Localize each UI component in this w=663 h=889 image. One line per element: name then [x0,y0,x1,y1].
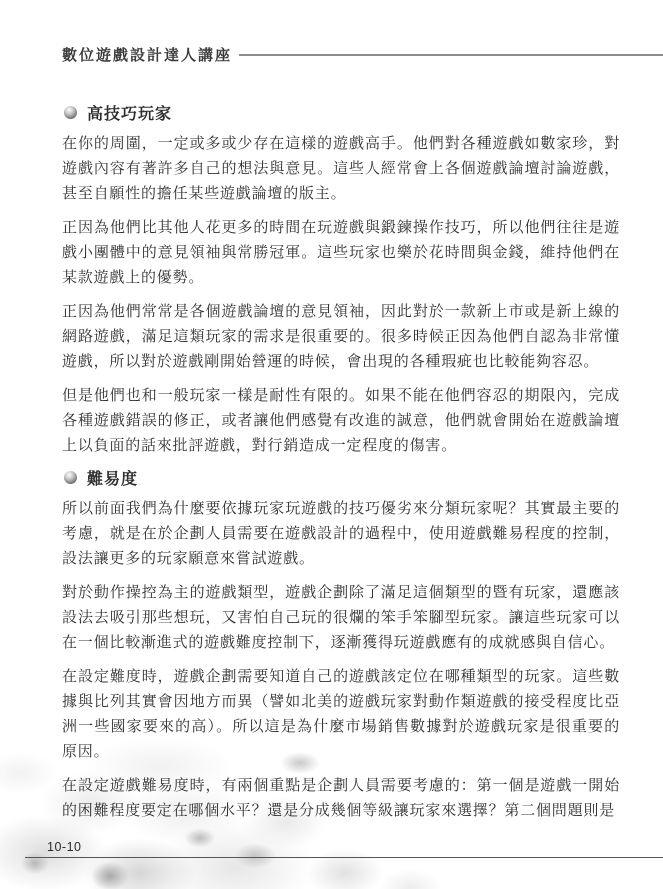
book-page: 數位遊戲設計達人講座 高技巧玩家 在你的周圍，一定或多或少存在這樣的遊戲高手。他… [0,0,663,889]
footer-rule [25,857,663,858]
section-heading-label: 難易度 [87,466,138,489]
paragraph: 在設定難度時，遊戲企劃需要知道自己的遊戲該定位在哪種類型的玩家。這些數據與比列其… [62,664,620,764]
section-heading: 難易度 [64,467,620,487]
paragraph: 正因為他們比其他人花更多的時間在玩遊戲與鍛鍊操作技巧，所以他們往往是遊戲小團體中… [62,215,620,290]
paragraph: 在設定遊戲難易度時，有兩個重點是企劃人員需要考慮的：第一個是遊戲一開始的困難程度… [62,773,620,823]
book-title: 數位遊戲設計達人講座 [62,44,232,65]
page-content: 高技巧玩家 在你的周圍，一定或多或少存在這樣的遊戲高手。他們對各種遊戲如數家珍，… [62,100,620,832]
running-header: 數位遊戲設計達人講座 [62,44,663,65]
section-difficulty: 難易度 所以前面我們為什麼要依據玩家玩遊戲的技巧優劣來分類玩家呢？其實最主要的考… [62,467,620,823]
bullet-sphere-icon [64,106,77,119]
section-high-skill-players: 高技巧玩家 在你的周圍，一定或多或少存在這樣的遊戲高手。他們對各種遊戲如數家珍，… [62,102,620,458]
paragraph: 但是他們也和一般玩家一樣是耐性有限的。如果不能在他們容忍的期限內，完成各種遊戲錯… [62,383,620,458]
paragraph: 對於動作操控為主的遊戲類型，遊戲企劃除了滿足這個類型的暨有玩家，還應該設法去吸引… [62,580,620,655]
paragraph: 所以前面我們為什麼要依據玩家玩遊戲的技巧優劣來分類玩家呢？其實最主要的考慮，就是… [62,496,620,571]
header-rule [239,54,663,56]
paragraph: 在你的周圍，一定或多或少存在這樣的遊戲高手。他們對各種遊戲如數家珍，對遊戲內容有… [62,131,620,206]
section-heading: 高技巧玩家 [64,102,620,122]
page-number: 10-10 [47,840,81,854]
bullet-sphere-icon [64,471,77,484]
section-heading-label: 高技巧玩家 [87,101,172,124]
paragraph: 正因為他們常常是各個遊戲論壇的意見領袖，因此對於一款新上市或是新上線的網路遊戲，… [62,299,620,374]
